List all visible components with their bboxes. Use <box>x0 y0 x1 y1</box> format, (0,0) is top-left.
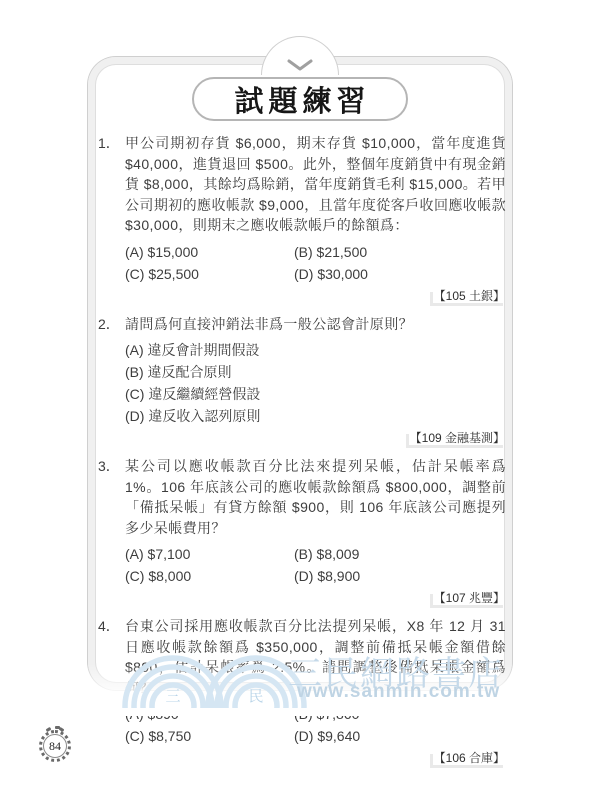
option-d: (D) $9,640 <box>294 725 506 747</box>
section-title-pill: 試題練習 <box>192 77 408 121</box>
option-c: (C) $8,750 <box>125 725 294 747</box>
badge-tick <box>46 727 52 732</box>
question-text: 請問爲何直接沖銷法非爲一般公認會計原則？ <box>125 314 506 335</box>
option-c: (C) $8,000 <box>125 565 294 587</box>
option-d: (D) $30,000 <box>294 263 506 285</box>
question-options: (A) 違反會計期間假設 (B) 違反配合原則 (C) 違反繼續經營假設 (D)… <box>125 339 506 427</box>
question-number: 2． <box>98 314 125 446</box>
option-b: (B) $8,009 <box>294 543 506 565</box>
option-a: (A) $15,000 <box>125 241 294 263</box>
chevron-down-icon <box>287 59 313 71</box>
question-options: (A) $7,100 (B) $8,009 (C) $8,000 (D) $8,… <box>125 543 506 587</box>
question-options: (A) $15,000 (B) $21,500 (C) $25,500 (D) … <box>125 241 506 285</box>
badge-tick <box>59 727 65 732</box>
section-top-notch <box>261 36 339 75</box>
exam-source-tag: 【107 兆豐】 <box>433 591 506 605</box>
question-text: 某公司以應收帳款百分比法來提列呆帳，估計呆帳率爲 1%。106 年底該公司的應收… <box>125 456 506 538</box>
option-a: (A) $7,100 <box>125 543 294 565</box>
page-fade <box>78 664 528 716</box>
question-3: 3． 某公司以應收帳款百分比法來提列呆帳，估計呆帳率爲 1%。106 年底該公司… <box>98 456 506 605</box>
exam-source-tag: 【109 金融基測】 <box>409 431 506 445</box>
practice-section-box: 試題練習 1． 甲公司期初存貨 $6,000，期末存貨 $10,000，當年度進… <box>88 57 512 690</box>
page-number-badge: 84 <box>39 730 71 762</box>
page-number: 84 <box>49 739 61 754</box>
option-c: (C) 違反繼續經營假設 <box>125 383 506 405</box>
section-title: 試題練習 <box>229 79 370 120</box>
exam-source-tag: 【105 土銀】 <box>433 289 506 303</box>
option-c: (C) $25,500 <box>125 263 294 285</box>
question-1: 1． 甲公司期初存貨 $6,000，期末存貨 $10,000，當年度進貨 $40… <box>98 133 506 303</box>
exam-source-tag: 【106 合庫】 <box>433 751 506 765</box>
question-number: 1． <box>98 133 125 303</box>
option-b: (B) $21,500 <box>294 241 506 263</box>
option-d: (D) 違反收入認列原則 <box>125 405 506 427</box>
book-page: 試題練習 1． 甲公司期初存貨 $6,000，期末存貨 $10,000，當年度進… <box>0 0 597 800</box>
option-a: (A) 違反會計期間假設 <box>125 339 506 361</box>
option-b: (B) 違反配合原則 <box>125 361 506 383</box>
question-text: 甲公司期初存貨 $6,000，期末存貨 $10,000，當年度進貨 $40,00… <box>125 133 506 236</box>
option-d: (D) $8,900 <box>294 565 506 587</box>
question-number: 3． <box>98 456 125 605</box>
question-2: 2． 請問爲何直接沖銷法非爲一般公認會計原則？ (A) 違反會計期間假設 (B)… <box>98 314 506 446</box>
